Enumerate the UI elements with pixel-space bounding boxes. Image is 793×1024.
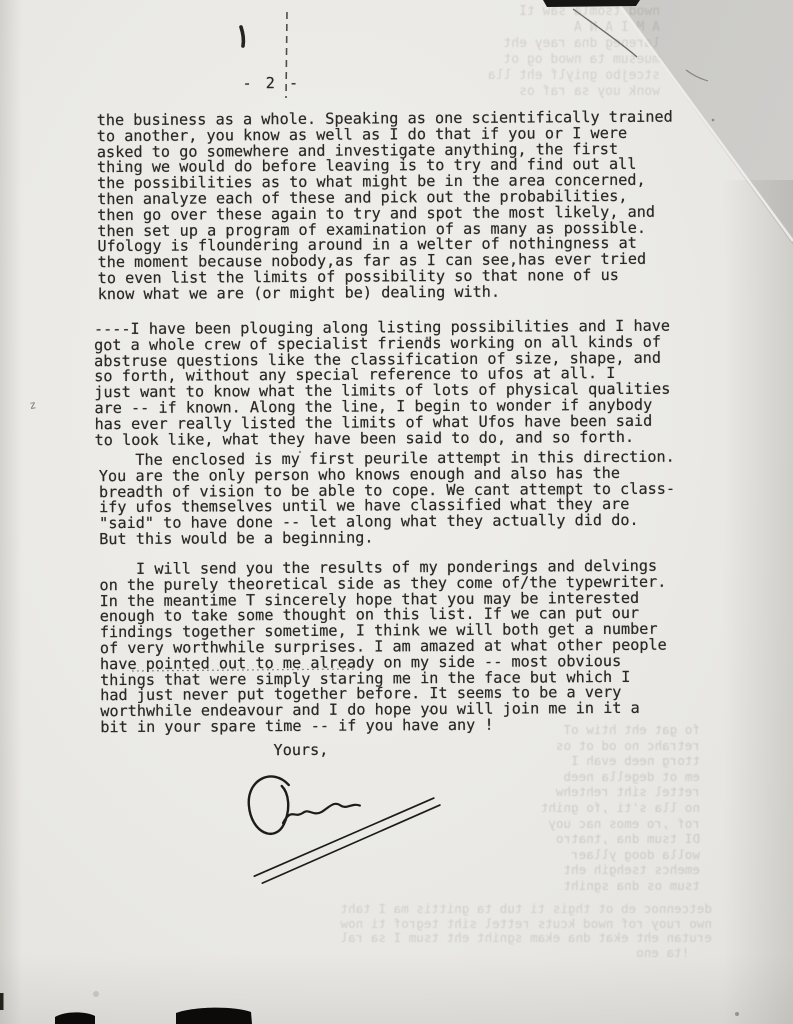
- signature-scribble: [237, 768, 458, 891]
- page-number: - 2 -: [242, 76, 300, 92]
- letter-paragraph-1: the business as a whole. Speaking as one…: [97, 110, 674, 303]
- letter-body: - 2 - the business as a whole. Speaking …: [0, 0, 793, 1024]
- signature-loop: [249, 776, 289, 834]
- signature-squiggle: [283, 804, 360, 823]
- letter-paragraph-4: I will send you the results of my ponder…: [99, 559, 667, 736]
- letter-paragraph-3: The enclosed is my first peurile attempt…: [99, 450, 676, 548]
- letter-paragraph-2: ----I have been plouging along listing p…: [94, 319, 671, 449]
- signature-flourish-line-1: [254, 798, 434, 876]
- closing-salutation: Yours,: [273, 743, 328, 759]
- stray-ink-mark: z: [29, 398, 37, 412]
- scanned-letter-page: nwod tsomla saw tI A M I A N A lareneg d…: [0, 0, 793, 1024]
